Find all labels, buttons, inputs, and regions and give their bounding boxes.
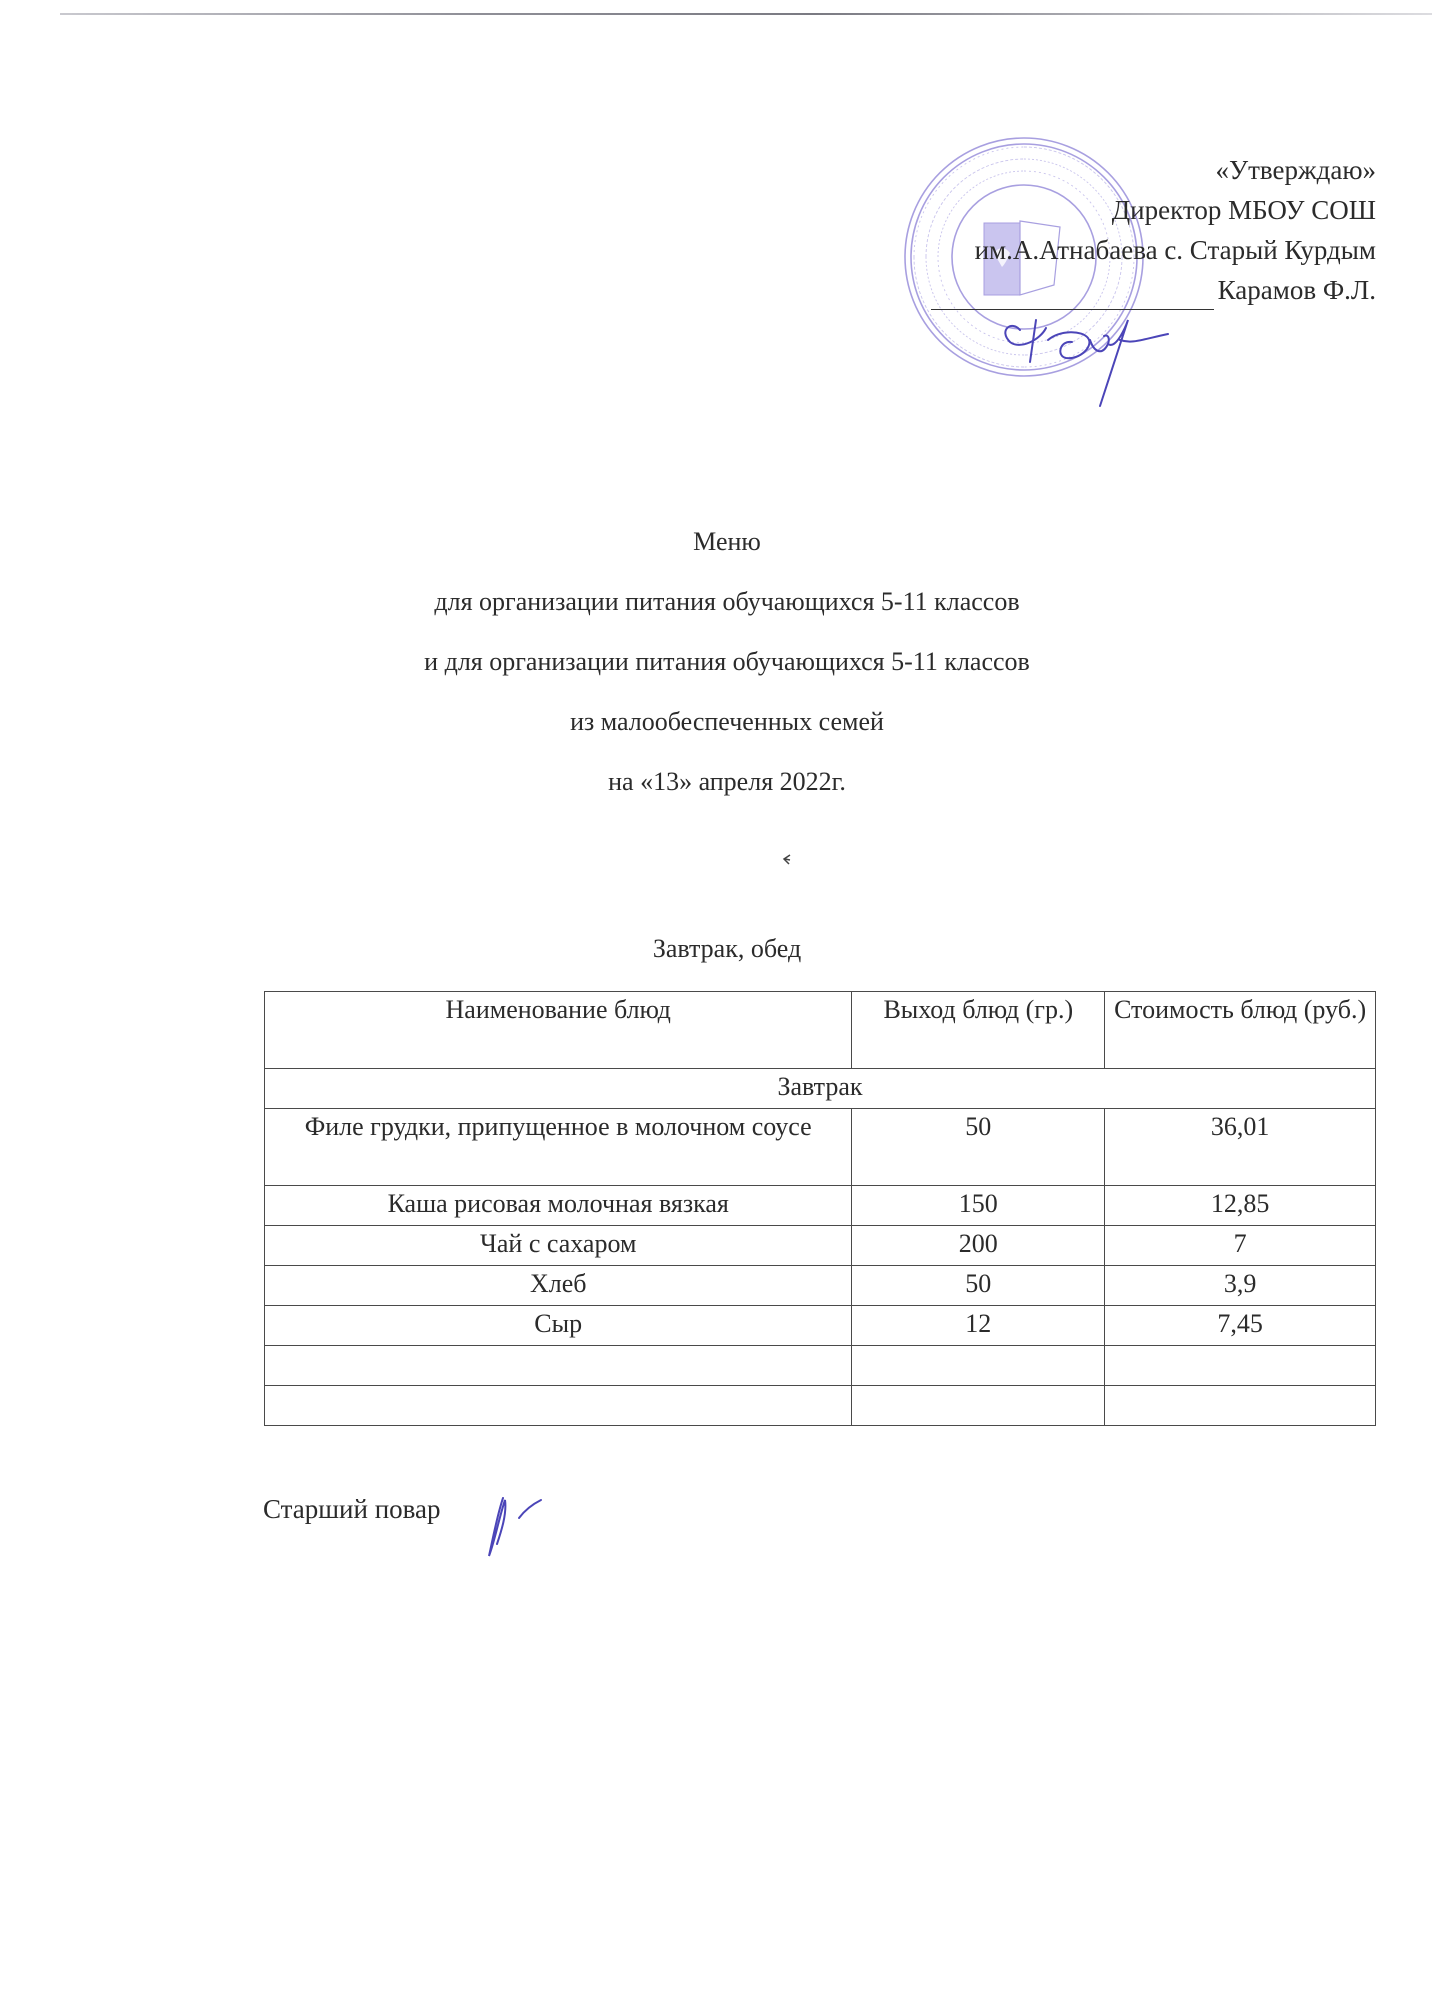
title-purpose-line-1: для организации питания обучающихся 5-11… [0,572,1454,632]
table-row: Каша рисовая молочная вязкая 150 12,85 [265,1186,1376,1226]
dish-cost [1105,1386,1376,1426]
dish-cost [1105,1346,1376,1386]
approval-organization: им.А.Атнабаева с. Старый Курдым [931,230,1376,270]
table-row-empty [265,1346,1376,1386]
title-purpose-line-2: и для организации питания обучающихся 5-… [0,632,1454,692]
scan-speck-icon [781,853,793,865]
dish-cost: 12,85 [1105,1186,1376,1226]
column-header-dish-name: Наименование блюд [265,992,852,1069]
section-label-breakfast: Завтрак [265,1069,1376,1109]
table-section-row: Завтрак [265,1069,1376,1109]
title-date: на «13» апреля 2022г. [0,752,1454,812]
dish-name [265,1346,852,1386]
title-purpose-line-3: из малообеспеченных семей [0,692,1454,752]
menu-table: Наименование блюд Выход блюд (гр.) Стоим… [264,991,1376,1426]
dish-name: Чай с сахаром [265,1226,852,1266]
column-header-cost: Стоимость блюд (руб.) [1105,992,1376,1069]
approval-block: «Утверждаю» Директор МБОУ СОШ им.А.Атнаб… [931,150,1376,310]
dish-name: Сыр [265,1306,852,1346]
director-signature-icon [990,300,1170,410]
dish-yield: 150 [852,1186,1105,1226]
dish-name: Филе грудки, припущенное в молочном соус… [265,1109,852,1186]
approval-position: Директор МБОУ СОШ [931,190,1376,230]
dish-cost: 7 [1105,1226,1376,1266]
table-header-row: Наименование блюд Выход блюд (гр.) Стоим… [265,992,1376,1069]
dish-yield [852,1346,1105,1386]
dish-yield: 200 [852,1226,1105,1266]
approval-signer: Карамов Ф.Л. [1218,270,1376,310]
table-row: Хлеб 50 3,9 [265,1266,1376,1306]
dish-name [265,1386,852,1426]
table-row: Филе грудки, припущенное в молочном соус… [265,1109,1376,1186]
dish-name: Хлеб [265,1266,852,1306]
dish-yield: 12 [852,1306,1105,1346]
dish-cost: 7,45 [1105,1306,1376,1346]
table-row: Сыр 12 7,45 [265,1306,1376,1346]
document-title: Меню для организации питания обучающихся… [0,512,1454,812]
senior-cook-label: Старший повар [263,1494,441,1525]
dish-yield [852,1386,1105,1426]
table-row-empty [265,1386,1376,1426]
meal-section-title: Завтрак, обед [0,934,1454,964]
dish-name: Каша рисовая молочная вязкая [265,1186,852,1226]
dish-yield: 50 [852,1109,1105,1186]
column-header-yield: Выход блюд (гр.) [852,992,1105,1069]
scan-edge-line [60,13,1432,15]
cook-signature-icon [483,1488,553,1560]
dish-cost: 36,01 [1105,1109,1376,1186]
title-menu: Меню [0,512,1454,572]
dish-yield: 50 [852,1266,1105,1306]
approval-heading: «Утверждаю» [931,150,1376,190]
dish-cost: 3,9 [1105,1266,1376,1306]
table-row: Чай с сахаром 200 7 [265,1226,1376,1266]
